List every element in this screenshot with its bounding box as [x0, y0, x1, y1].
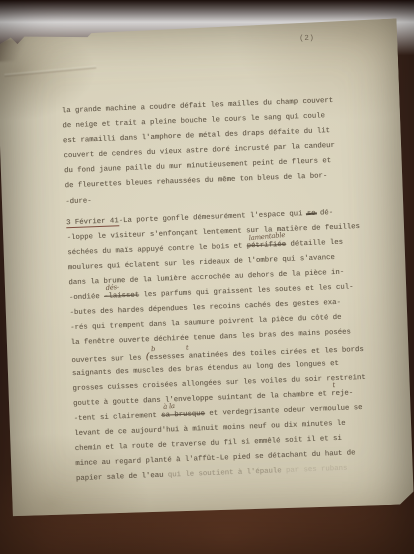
typed-segment: ouvertes sur les	[71, 354, 146, 365]
handwritten-annotation: dés-	[105, 284, 119, 292]
typed-segment: dé-	[315, 209, 333, 218]
typed-segment-fade2: par ses rubans	[286, 465, 348, 475]
typed-segment: -dure-	[65, 197, 92, 206]
corner-fold-shadow	[0, 38, 40, 62]
handwritten-annotation: lamentable	[248, 232, 285, 242]
typed-segment-x: pétrifiéelamentable	[247, 241, 287, 251]
typed-segment: détaille les	[286, 238, 343, 248]
page-number: (2)	[299, 35, 314, 44]
handwritten-annotation: t	[333, 382, 336, 389]
typed-segment-u: 3 Février 41	[66, 217, 119, 229]
typed-segment-x: -laissetdés-	[104, 292, 139, 301]
typescript-lines: la grande machine a coudre défait les ma…	[62, 96, 376, 491]
typed-segment: -ondiée	[69, 293, 104, 302]
manuscript-page: (2) la grande machine a coudre défait le…	[0, 18, 414, 519]
paper-crease	[4, 66, 96, 77]
handwritten-annotation: b	[151, 345, 156, 352]
typed-segment-x: sa brusqueà la	[161, 410, 205, 420]
handwritten-annotation: à la	[163, 403, 175, 411]
typed-segment: des toiles cirées et les bords	[228, 345, 364, 358]
typed-segment: reje-t	[331, 389, 353, 398]
typed-segment: essessesb	[149, 352, 184, 361]
photo-background: (2) la grande machine a coudre défait le…	[0, 0, 414, 554]
typed-segment-xh: se	[307, 209, 316, 217]
typed-segment: anatinéest	[184, 351, 228, 361]
handwritten-annotation: t	[186, 344, 189, 351]
